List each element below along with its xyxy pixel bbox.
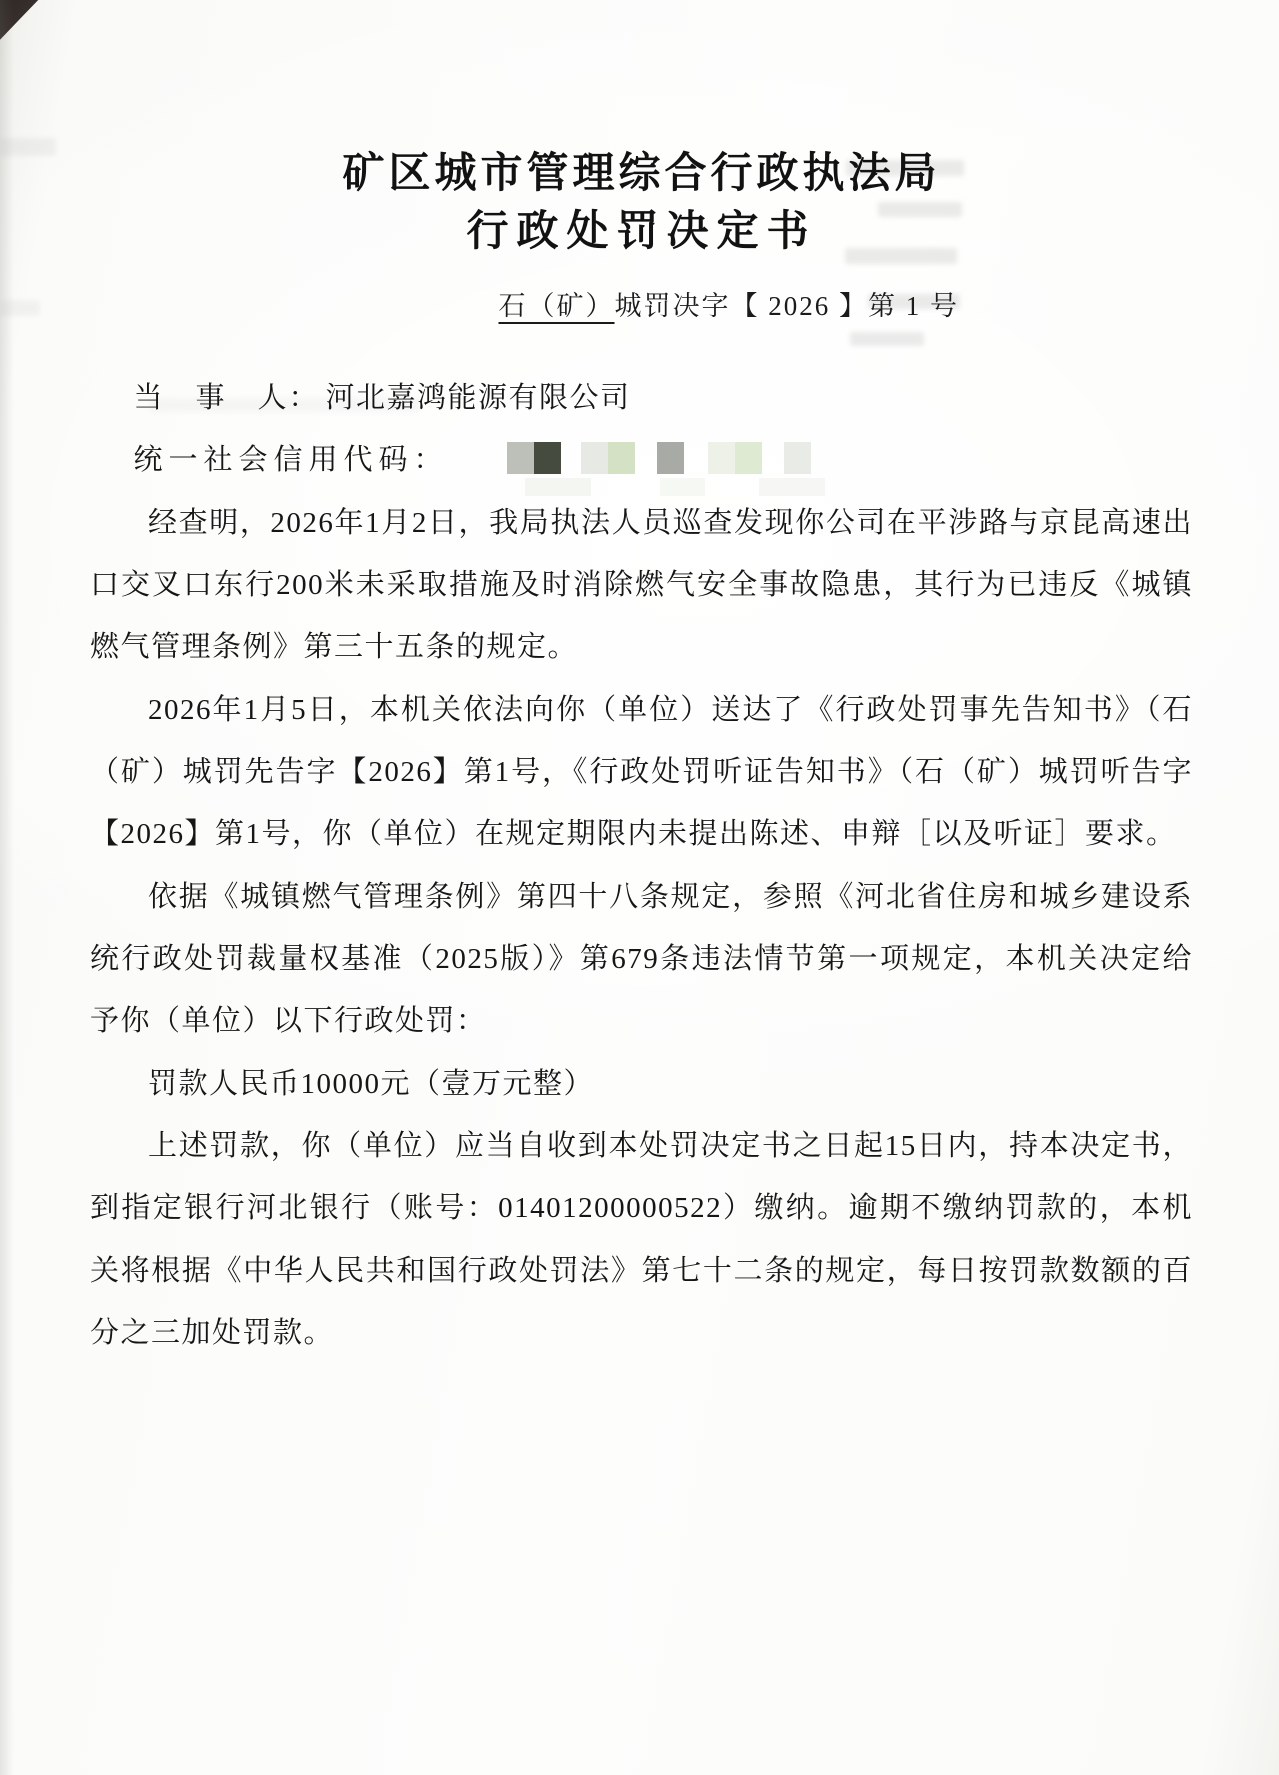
- paragraph-fine-amount: 罚款人民币10000元（壹万元整）: [90, 1053, 1193, 1115]
- party-label: 当 事 人：: [134, 382, 320, 414]
- redaction-block: [708, 442, 735, 474]
- bleedthrough-artifact: [0, 138, 56, 156]
- paragraph-findings: 经查明，2026年1月2日，我局执法人员巡查发现你公司在平涉路与京昆高速出口交叉…: [90, 492, 1193, 679]
- redaction-block: [735, 442, 762, 474]
- redaction-block: [784, 442, 811, 474]
- document-title: 矿区城市管理综合行政执法局 行政处罚决定书: [90, 146, 1193, 262]
- credit-code-redacted: [507, 442, 811, 474]
- redaction-block: [581, 442, 608, 474]
- paragraph-payment-instructions: 上述罚款，你（单位）应当自收到本处罚决定书之日起15日内，持本决定书，到指定银行…: [90, 1115, 1193, 1364]
- bleedthrough-artifact: [0, 300, 40, 316]
- issuing-authority-title: 矿区城市管理综合行政执法局: [90, 146, 1193, 204]
- document-number-prefix: 石（矿）: [499, 291, 615, 321]
- scan-edge-shadow: [0, 0, 14, 1775]
- redaction-block: [507, 442, 534, 474]
- document-type-title: 行政处罚决定书: [90, 204, 1193, 262]
- redaction-block: [534, 442, 561, 474]
- redaction-block: [608, 442, 635, 474]
- document-number-body: 城罚决字【 2026 】第 1 号: [615, 291, 960, 321]
- party-name: 河北嘉鸿能源有限公司: [326, 382, 631, 414]
- document-content: 矿区城市管理综合行政执法局 行政处罚决定书 石（矿）城罚决字【 2026 】第 …: [90, 146, 1193, 1364]
- paragraph-prior-notice: 2026年1月5日，本机关依法向你（单位）送达了《行政处罚事先告知书》（石（矿）…: [90, 679, 1193, 866]
- scanned-document-page: 矿区城市管理综合行政执法局 行政处罚决定书 石（矿）城罚决字【 2026 】第 …: [0, 0, 1279, 1775]
- document-number: 石（矿）城罚决字【 2026 】第 1 号: [90, 284, 1193, 323]
- party-row: 当 事 人：河北嘉鸿能源有限公司: [90, 367, 1193, 429]
- credit-code-row: 统一社会信用代码：: [90, 429, 1193, 491]
- credit-code-label: 统一社会信用代码：: [90, 429, 449, 491]
- redaction-block: [657, 442, 684, 474]
- paragraph-legal-basis: 依据《城镇燃气管理条例》第四十八条规定，参照《河北省住房和城乡建设系统行政处罚裁…: [90, 866, 1193, 1053]
- document-body: 当 事 人：河北嘉鸿能源有限公司 统一社会信用代码： 经查明，2026年1月2日…: [90, 367, 1193, 1365]
